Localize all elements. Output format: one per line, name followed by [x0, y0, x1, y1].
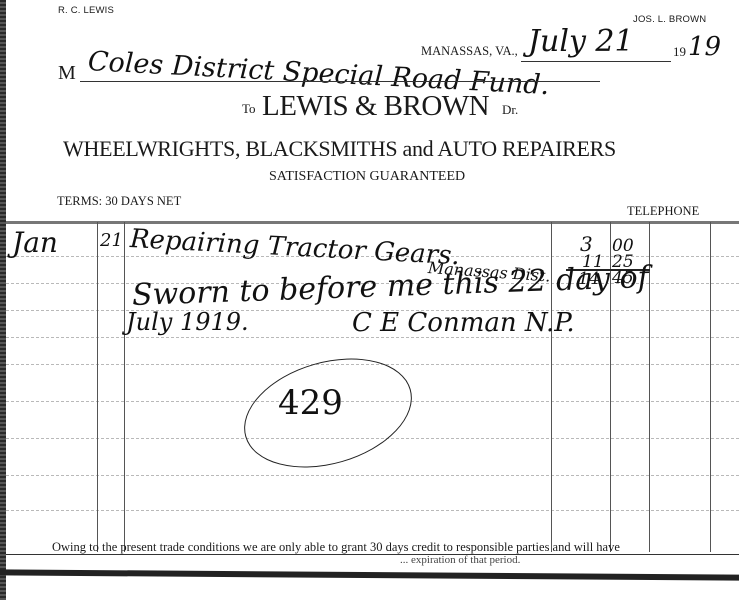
total-column-divider [649, 222, 650, 552]
slogan: SATISFACTION GUARANTEED [269, 169, 465, 185]
page-bottom-edge [0, 569, 739, 580]
total-cents-divider [710, 222, 711, 552]
year-handwritten: 19 [688, 32, 721, 62]
notary-signature: C E Conman N.P. [352, 308, 575, 338]
place-label: MANASSAS, VA., [421, 44, 518, 59]
entry-day: 21 [100, 230, 123, 251]
partner-right: JOS. L. BROWN [633, 14, 706, 25]
footer-rule [6, 554, 739, 555]
date-line [521, 61, 671, 62]
date-handwritten: July 21 [528, 24, 634, 59]
footer-notice-line1: Owing to the present trade conditions we… [52, 540, 620, 555]
voucher-number: 429 [278, 383, 343, 423]
customer-line [80, 81, 600, 82]
day-column-divider [124, 222, 125, 552]
telephone-label: TELEPHONE [627, 204, 699, 219]
trades-line: WHEELWRIGHTS, BLACKSMITHS and AUTO REPAI… [63, 136, 616, 162]
year-prefix: 19 [673, 44, 686, 60]
firm-name: LEWIS & BROWN [262, 90, 489, 123]
ledger-row-line [6, 475, 739, 476]
affidavit-line2: July 1919. [126, 308, 249, 336]
m-prefix: M [58, 62, 76, 85]
terms: TERMS: 30 DAYS NET [57, 194, 181, 209]
partner-left: R. C. LEWIS [58, 5, 114, 16]
entry-month: Jan [12, 226, 58, 259]
dr-suffix: Dr. [502, 102, 518, 118]
footer-notice-line2: ... expiration of that period. [400, 554, 520, 566]
ledger-top-rule [6, 221, 739, 224]
affidavit-line1: Sworn to before me this 22 day of [131, 260, 649, 313]
ledger-row-line [6, 510, 739, 511]
to-prefix: To [242, 101, 256, 117]
entry-description: Repairing Tractor Gears. [129, 224, 460, 271]
date-column-divider [97, 222, 98, 552]
